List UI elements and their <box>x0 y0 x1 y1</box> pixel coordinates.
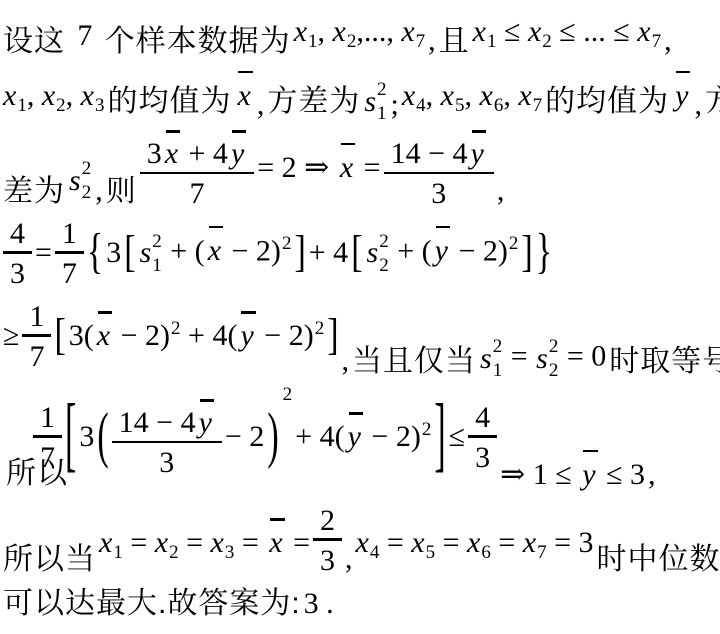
math-group: = 2 ⇒ x = <box>257 151 380 186</box>
fraction: 23 <box>313 504 342 577</box>
math-text: , <box>465 79 480 112</box>
math-text: − 2) <box>113 319 170 352</box>
fraction-numerator: 1 <box>55 217 84 250</box>
fraction-denominator: 7 <box>182 174 211 210</box>
superscript: 2 <box>283 384 293 405</box>
math-var: x <box>528 15 541 48</box>
math-group: ≤ <box>449 420 465 455</box>
fraction-numerator: 4 <box>468 401 497 434</box>
bracket: ( <box>97 406 108 469</box>
math-var: x <box>523 526 536 559</box>
math-text: 1 <box>29 300 44 333</box>
subscript: 2 <box>347 31 357 52</box>
fraction-denominator: 3 <box>3 254 32 290</box>
cjk-text: 方差为 <box>267 84 360 120</box>
overbar-var: x <box>269 526 282 561</box>
subscript: 2 <box>82 183 92 202</box>
math-text: − 2) <box>451 234 508 267</box>
math-group: s22 <box>68 159 92 202</box>
math-text: 3 . <box>304 587 334 620</box>
cjk-text: 当且仅当 <box>352 344 476 380</box>
math-text: = <box>234 526 266 559</box>
subscript: 2 <box>549 361 559 380</box>
math-text: 3 <box>147 137 162 170</box>
subscript: 5 <box>426 542 436 563</box>
var-with-sup-sub: s21 <box>140 232 162 275</box>
math-text: = <box>379 526 411 559</box>
math-text: = 2 ⇒ <box>257 151 337 184</box>
subscript: 2 <box>379 256 389 275</box>
text-line-7: 所以当x1 = x2 = x3 = x =23,x4 = x5 = x6 = x… <box>3 502 720 578</box>
overbar-var: x <box>165 138 178 170</box>
math-group: − 2 <box>225 420 264 455</box>
subscript: 2 <box>56 95 66 116</box>
math-var: x <box>467 526 480 559</box>
math-text: 3 <box>159 446 174 479</box>
math-text: = <box>35 236 52 269</box>
math-group: x1 ≤ x2 ≤ ... ≤ x7 <box>473 15 661 53</box>
math-group: x1, x2, x3 <box>3 79 104 117</box>
math-group: 2 <box>282 384 293 420</box>
math-text: ,..., <box>356 15 401 48</box>
separator: , <box>345 542 353 576</box>
bracket: [ <box>65 395 76 478</box>
text-line-3: 差为s22,则3x + 4y7= 2 ⇒ x =14 − 4y3, <box>3 126 720 210</box>
math-group: x <box>234 79 253 114</box>
fraction-numerator: 4 <box>3 217 32 250</box>
overbar-var: y <box>240 319 253 354</box>
text-line-4: 43=17{3[s21 + (x − 2)2]+ 4[s22 + (y − 2)… <box>3 219 720 287</box>
overbar-var: y <box>675 79 688 114</box>
math-text: , <box>426 79 441 112</box>
subscript: 1 <box>308 31 318 52</box>
overbar-var: y <box>199 407 212 439</box>
base-var: s <box>140 238 152 268</box>
superscript: 2 <box>315 318 325 339</box>
subscript: 1 <box>17 95 27 116</box>
math-text: + 4 <box>309 236 348 269</box>
math-text: 3( <box>69 319 94 352</box>
fraction: 17 <box>55 217 84 290</box>
bracket: } <box>536 228 552 277</box>
base-var: s <box>536 344 548 374</box>
var-with-sup-sub: s21 <box>480 337 502 380</box>
math-text: = <box>356 151 380 184</box>
math-text: 7 <box>29 340 44 373</box>
superscript: 2 <box>377 80 387 99</box>
cjk-text: 时中位数 <box>597 542 720 578</box>
math-var: x <box>211 526 224 559</box>
separator: ; <box>391 88 399 122</box>
math-text: 7 <box>62 257 77 290</box>
math-text: ≥ <box>3 319 19 352</box>
math-var: x <box>356 526 369 559</box>
math-var: x <box>518 79 531 112</box>
subscript: 3 <box>95 95 105 116</box>
math-text: − 2) <box>257 319 314 352</box>
superscript: 2 <box>171 318 181 339</box>
var-with-sup-sub: s22 <box>69 159 91 202</box>
math-text: = 3 <box>547 526 594 559</box>
superscript: 2 <box>282 233 292 254</box>
fraction: 43 <box>468 401 497 474</box>
subscript: 7 <box>652 31 662 52</box>
separator: , <box>497 174 505 208</box>
math-text: − 2 <box>225 420 264 453</box>
math-text: , <box>66 79 81 112</box>
math-group: = <box>35 236 52 271</box>
subscript: 7 <box>537 542 547 563</box>
bracket: ] <box>327 314 338 358</box>
cjk-text: 可以达最大.故答案为: <box>3 586 301 622</box>
math-text: = <box>286 526 310 559</box>
cjk-text: 所以当 <box>3 542 96 578</box>
var-with-sup-sub: s22 <box>367 232 389 275</box>
subscript: 1 <box>113 542 123 563</box>
bracket: [ <box>351 231 362 275</box>
overbar-var: x <box>340 151 353 186</box>
superscript: 2 <box>152 232 162 251</box>
math-text: = <box>491 526 523 559</box>
superscript: 2 <box>549 337 559 356</box>
math-group: ≥ <box>3 319 19 354</box>
math-group: s21 = s22 = 0 <box>479 337 606 380</box>
math-group: s22 + (y − 2)2 <box>366 232 519 275</box>
math-var: x <box>155 526 168 559</box>
separator: , <box>694 88 702 122</box>
text-line-2: x1, x2, x3的均值为x,方差为s21;x4, x5, x6, x7的均值… <box>3 68 720 124</box>
text-line-5: ≥17[3(x − 2)2 + 4(y − 2)2],当且仅当s21 = s22… <box>3 292 720 380</box>
subscript: 6 <box>494 95 504 116</box>
fraction: 14 − 4y3 <box>112 395 222 479</box>
separator: , <box>648 458 656 492</box>
math-group: 3(x − 2)2 + 4(y − 2)2 <box>69 318 324 354</box>
math-group: y <box>672 79 691 114</box>
math-text: = <box>435 526 467 559</box>
cjk-text: 所以 <box>6 456 68 492</box>
math-var: x <box>401 15 414 48</box>
overbar-var: x <box>208 234 221 269</box>
fraction-numerator: 14 − 4y <box>384 126 494 170</box>
math-text: ≤ 3 <box>599 458 645 491</box>
subscript: 2 <box>169 542 179 563</box>
math-text: + ( <box>163 234 205 267</box>
math-var: x <box>480 79 493 112</box>
base-var: s <box>480 344 492 374</box>
math-group: s21 <box>363 80 387 123</box>
overbar-var: y <box>435 234 448 269</box>
superscript: 2 <box>509 233 519 254</box>
bracket: ) <box>267 406 278 469</box>
math-text: 7 <box>77 19 92 52</box>
superscript: 2 <box>82 159 92 178</box>
subscript: 1 <box>377 104 387 123</box>
math-var: x <box>333 15 346 48</box>
math-text: = <box>123 526 155 559</box>
bracket: [ <box>124 231 135 275</box>
math-var: x <box>411 526 424 559</box>
separator: , <box>257 88 265 122</box>
fraction-denominator: 3 <box>424 174 453 210</box>
math-text: = <box>179 526 211 559</box>
subscript: 4 <box>370 542 380 563</box>
fraction-denominator: 7 <box>22 337 51 373</box>
bracket: [ <box>54 314 65 358</box>
math-group: x4 = x5 = x6 = x7 = 3 <box>356 526 594 564</box>
math-text: 3 <box>475 441 490 474</box>
math-text: 1 <box>62 217 77 250</box>
cjk-text: 方 <box>705 84 720 120</box>
math-text: = <box>503 339 535 372</box>
math-text: ⇒ 1 ≤ <box>500 458 579 491</box>
math-text: + ( <box>390 234 432 267</box>
math-text: 2 <box>320 504 335 537</box>
math-text: , <box>503 79 518 112</box>
fraction: 14 − 4y3 <box>384 126 494 210</box>
cjk-text: 时取等号; <box>609 344 720 380</box>
text-line-1: 设这 7 个样本数据为x1, x2,..., x7,且x1 ≤ x2 ≤ ...… <box>3 14 720 60</box>
cjk-text: 且 <box>439 24 470 60</box>
base-var: s <box>69 166 81 196</box>
math-group: ⇒ 1 ≤ y ≤ 3 <box>500 458 645 493</box>
math-text: ≤ <box>497 15 528 48</box>
fraction-denominator: 7 <box>55 254 84 290</box>
math-var: x <box>402 79 415 112</box>
overbar-var: x <box>97 319 110 354</box>
cjk-text: 的均值为 <box>545 84 669 120</box>
math-group: x4, x5, x6, x7 <box>402 79 542 117</box>
subscript: 6 <box>481 542 491 563</box>
math-text: 3 <box>320 544 335 577</box>
sup-sub-stack: 22 <box>379 232 389 275</box>
overbar-var: x <box>237 79 250 114</box>
fraction-denominator: 3 <box>313 541 342 577</box>
fraction: 17 <box>22 300 51 373</box>
math-var: x <box>294 15 307 48</box>
math-var: x <box>42 79 55 112</box>
math-text: ≤ <box>449 420 465 453</box>
math-group: + 4(y − 2)2 <box>295 419 431 455</box>
bracket: { <box>87 228 103 277</box>
math-text: 3 <box>106 236 121 269</box>
math-text: − 2) <box>224 234 281 267</box>
fraction: 3x + 4y7 <box>140 126 255 210</box>
math-group: + 4 <box>309 236 348 271</box>
math-text: + 4( <box>181 319 238 352</box>
separator: , <box>95 174 103 208</box>
math-var: x <box>3 79 16 112</box>
math-text: ≤ ... ≤ <box>552 15 637 48</box>
math-text: + 4( <box>295 420 344 453</box>
math-text: 14 − 4 <box>119 406 196 439</box>
math-text: 14 − 4 <box>391 137 468 170</box>
var-with-sup-sub: s22 <box>536 337 558 380</box>
superscript: 2 <box>379 232 389 251</box>
subscript: 1 <box>493 361 503 380</box>
subscript: 5 <box>455 95 465 116</box>
superscript: 2 <box>493 337 503 356</box>
sup-sub-stack: 22 <box>82 159 92 202</box>
overbar-var: y <box>231 138 244 170</box>
separator: , <box>428 24 436 58</box>
bracket: ] <box>434 395 445 478</box>
fraction-denominator: 3 <box>152 443 181 479</box>
math-text: 3 <box>10 257 25 290</box>
bracket: ] <box>521 231 532 275</box>
separator: , <box>664 24 672 58</box>
subscript: 1 <box>152 256 162 275</box>
base-var: s <box>364 87 376 117</box>
text-line-6: 所以17[3(14 − 4y3− 2)2+ 4(y − 2)2]≤43⇒ 1 ≤… <box>3 380 720 494</box>
sup-sub-stack: 21 <box>377 80 387 123</box>
sup-sub-stack: 21 <box>493 337 503 380</box>
math-text: 7 <box>189 177 204 210</box>
math-text: , <box>27 79 42 112</box>
fraction-numerator: 3x + 4y <box>140 126 255 170</box>
math-group: 7 <box>77 19 92 54</box>
math-group: 3 <box>79 420 94 455</box>
text-line-8: 可以达最大.故答案为:3 . <box>3 576 720 622</box>
fraction-denominator: 3 <box>468 438 497 474</box>
subscript: 4 <box>416 95 426 116</box>
math-text: = 0 <box>559 339 606 372</box>
separator: , <box>342 344 350 378</box>
base-var: s <box>367 238 379 268</box>
fraction-numerator: 2 <box>313 504 342 537</box>
fraction-numerator: 14 − 4y <box>112 395 222 439</box>
cjk-text: 的均值为 <box>107 84 231 120</box>
overbar-var: y <box>471 138 484 170</box>
subscript: 7 <box>416 31 426 52</box>
superscript: 2 <box>422 419 432 440</box>
math-text: − 2) <box>364 420 421 453</box>
fraction-numerator: 1 <box>33 401 62 434</box>
fraction-numerator: 1 <box>22 300 51 333</box>
math-group: x1 = x2 = x3 = x = <box>99 526 310 564</box>
cjk-text: 差为 <box>3 174 65 210</box>
bracket: ] <box>294 231 305 275</box>
subscript: 3 <box>225 542 235 563</box>
subscript: 1 <box>487 31 497 52</box>
var-with-sup-sub: s21 <box>364 80 386 123</box>
math-text: 3 <box>79 420 94 453</box>
math-text: 4 <box>10 217 25 250</box>
math-text: 4 <box>475 401 490 434</box>
cjk-text: 个样本数据为 <box>95 24 290 60</box>
math-text: , <box>318 15 333 48</box>
sup-sub-stack: 22 <box>549 337 559 380</box>
math-text: 1 <box>40 401 55 434</box>
subscript: 2 <box>542 31 552 52</box>
document: { "colors": { "background": "#ffffff", "… <box>0 0 720 634</box>
math-var: x <box>81 79 94 112</box>
math-var: x <box>441 79 454 112</box>
math-group: 3 . <box>304 587 334 622</box>
math-group: s21 + (x − 2)2 <box>139 232 292 275</box>
math-text: 3 <box>431 177 446 210</box>
math-group: 3 <box>106 236 121 271</box>
math-var: x <box>473 15 486 48</box>
subscript: 7 <box>533 95 543 116</box>
math-text: + 4 <box>181 137 228 170</box>
cjk-text: 则 <box>106 174 137 210</box>
overbar-var: y <box>582 458 595 493</box>
math-var: x <box>99 526 112 559</box>
sup-sub-stack: 21 <box>152 232 162 275</box>
math-group: x1, x2,..., x7 <box>294 15 425 53</box>
math-var: x <box>637 15 650 48</box>
overbar-var: y <box>348 420 361 455</box>
fraction: 43 <box>3 217 32 290</box>
cjk-text: 设这 <box>3 24 74 60</box>
